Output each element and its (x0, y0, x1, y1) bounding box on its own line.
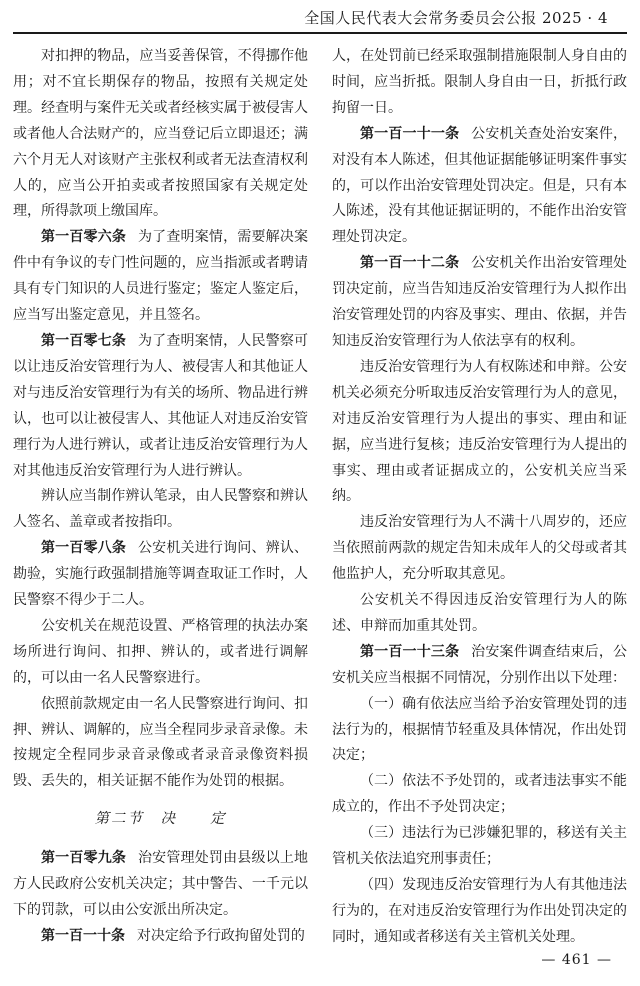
two-column-text: 对扣押的物品，应当妥善保管，不得挪作他用；对不宜长期保存的物品，按照有关规定处理… (13, 44, 627, 951)
paragraph: 第一百一十一条公安机关查处治安案件，对没有本人陈述，但其他证据能够证明案件事实的… (332, 122, 627, 252)
paragraph: 第一百零六条为了查明案情，需要解决案件中有争议的专门性问题的，应当指派或者聘请具… (13, 225, 308, 329)
paragraph: （三）违法行为已涉嫌犯罪的，移送有关主管机关依法追究刑事责任； (332, 821, 627, 873)
article-number: 第一百零八条 (41, 540, 126, 556)
right-column: 人，在处罚前已经采取强制措施限制人身自由的时间，应当折抵。限制人身自由一日，折抵… (332, 44, 627, 951)
article-number: 第一百一十一条 (360, 126, 459, 142)
gazette-page: 全国人民代表大会常务委员会公报 2025 · 4 对扣押的物品，应当妥善保管，不… (0, 0, 640, 986)
gazette-header-title: 全国人民代表大会常务委员会公报 2025 · 4 (304, 7, 608, 28)
paragraph: 第一百零七条为了查明案情，人民警察可以让违反治安管理行为人、被侵害人和其他证人对… (13, 329, 308, 484)
paragraph: 第一百一十三条治安案件调查结束后，公安机关应当根据不同情况，分别作出以下处理： (332, 640, 627, 692)
paragraph: 第一百零九条治安管理处罚由县级以上地方人民政府公安机关决定；其中警告、一千元以下… (13, 846, 308, 924)
page-number: — 461 — (541, 952, 612, 968)
article-number: 第一百零七条 (41, 333, 126, 349)
article-number: 第一百一十条 (41, 928, 125, 944)
paragraph: 依照前款规定由一名人民警察进行询问、扣押、辨认、调解的，应当全程同步录音录像。未… (13, 692, 308, 796)
paragraph: 第一百零八条公安机关进行询问、辨认、勘验，实施行政强制措施等调查取证工作时，人民… (13, 536, 308, 614)
paragraph: （一）确有依法应当给予治安管理处罚的违法行为的，根据情节轻重及具体情况，作出处罚… (332, 692, 627, 770)
paragraph: 第一百一十二条公安机关作出治安管理处罚决定前，应当告知违反治安管理行为人拟作出治… (332, 251, 627, 355)
paragraph: 违反治安管理行为人不满十八周岁的，还应当依照前两款的规定告知未成年人的父母或者其… (332, 510, 627, 588)
article-number: 第一百一十三条 (360, 644, 459, 660)
article-number: 第一百零九条 (41, 850, 126, 866)
header-rule (13, 32, 627, 34)
article-number: 第一百一十二条 (360, 255, 459, 271)
paragraph: 公安机关在规范设置、严格管理的执法办案场所进行询问、扣押、辨认的，或者进行调解的… (13, 614, 308, 692)
article-number: 第一百零六条 (41, 229, 126, 245)
paragraph: （二）依法不予处罚的，或者违法事实不能成立的，作出不予处罚决定； (332, 769, 627, 821)
paragraph: 违反治安管理行为人有权陈述和申辩。公安机关必须充分听取违反治安管理行为人的意见，… (332, 355, 627, 510)
section-heading: 第二节 决 定 (13, 807, 308, 833)
paragraph: 第一百一十条对决定给予行政拘留处罚的 (13, 924, 308, 950)
left-column: 对扣押的物品，应当妥善保管，不得挪作他用；对不宜长期保存的物品，按照有关规定处理… (13, 44, 308, 951)
paragraph: 公安机关不得因违反治安管理行为人的陈述、申辩而加重其处罚。 (332, 588, 627, 640)
paragraph: 人，在处罚前已经采取强制措施限制人身自由的时间，应当折抵。限制人身自由一日，折抵… (332, 44, 627, 122)
paragraph: 辨认应当制作辨认笔录，由人民警察和辨认人签名、盖章或者按指印。 (13, 484, 308, 536)
paragraph: （四）发现违反治安管理行为人有其他违法行为的，在对违反治安管理行为作出处罚决定的… (332, 873, 627, 951)
paragraph: 对扣押的物品，应当妥善保管，不得挪作他用；对不宜长期保存的物品，按照有关规定处理… (13, 44, 308, 225)
